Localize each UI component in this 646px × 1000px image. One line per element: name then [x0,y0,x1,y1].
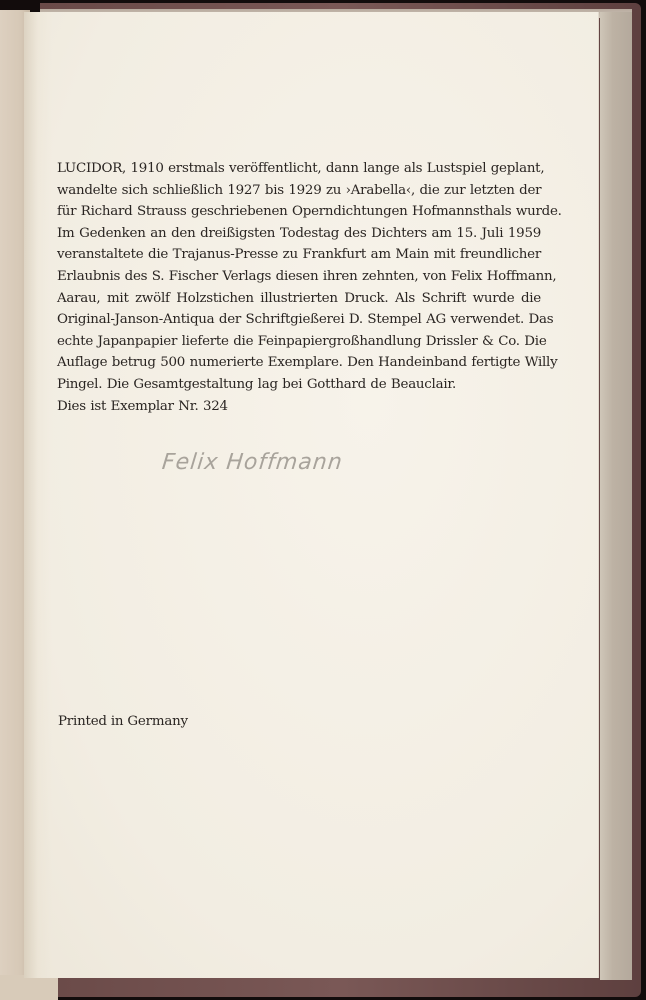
colophon-line: Pingel. Die Gesamtgestaltung lag bei Got… [57,374,547,396]
book-scan: LUCIDOR, 1910 erstmals veröffentlicht, d… [0,0,646,1000]
printed-in-imprint: Printed in Germany [58,714,188,729]
colophon-line: LUCIDOR, 1910 erstmals veröffentlicht, d… [57,158,541,180]
colophon-page: LUCIDOR, 1910 erstmals veröffentlicht, d… [24,12,598,978]
page-edges-right [600,12,632,980]
colophon-line: Erlaubnis des S. Fischer Verlags diesen … [57,266,541,288]
colophon-line: veranstaltete die Trajanus-Presse zu Fra… [57,244,541,266]
colophon-line: Aarau, mit zwölf Holzstichen illustriert… [57,288,541,310]
colophon-line: Original-Janson-Antiqua der Schriftgieße… [57,309,541,331]
colophon-line: Auflage betrug 500 numerierte Exemplare.… [57,352,541,374]
colophon-line: Im Gedenken an den dreißigsten Todestag … [57,223,541,245]
copy-number-line: Dies ist Exemplar Nr. 324 [57,396,547,418]
colophon-line: wandelte sich schließlich 1927 bis 1929 … [57,180,541,202]
colophon-text: LUCIDOR, 1910 erstmals veröffentlicht, d… [57,158,547,417]
facing-page-corner [0,975,58,1000]
colophon-line: für Richard Strauss geschriebenen Opernd… [57,201,541,223]
colophon-line: echte Japanpapier lieferte die Feinpapie… [57,331,541,353]
pencil-signature: Felix Hoffmann [161,450,344,475]
